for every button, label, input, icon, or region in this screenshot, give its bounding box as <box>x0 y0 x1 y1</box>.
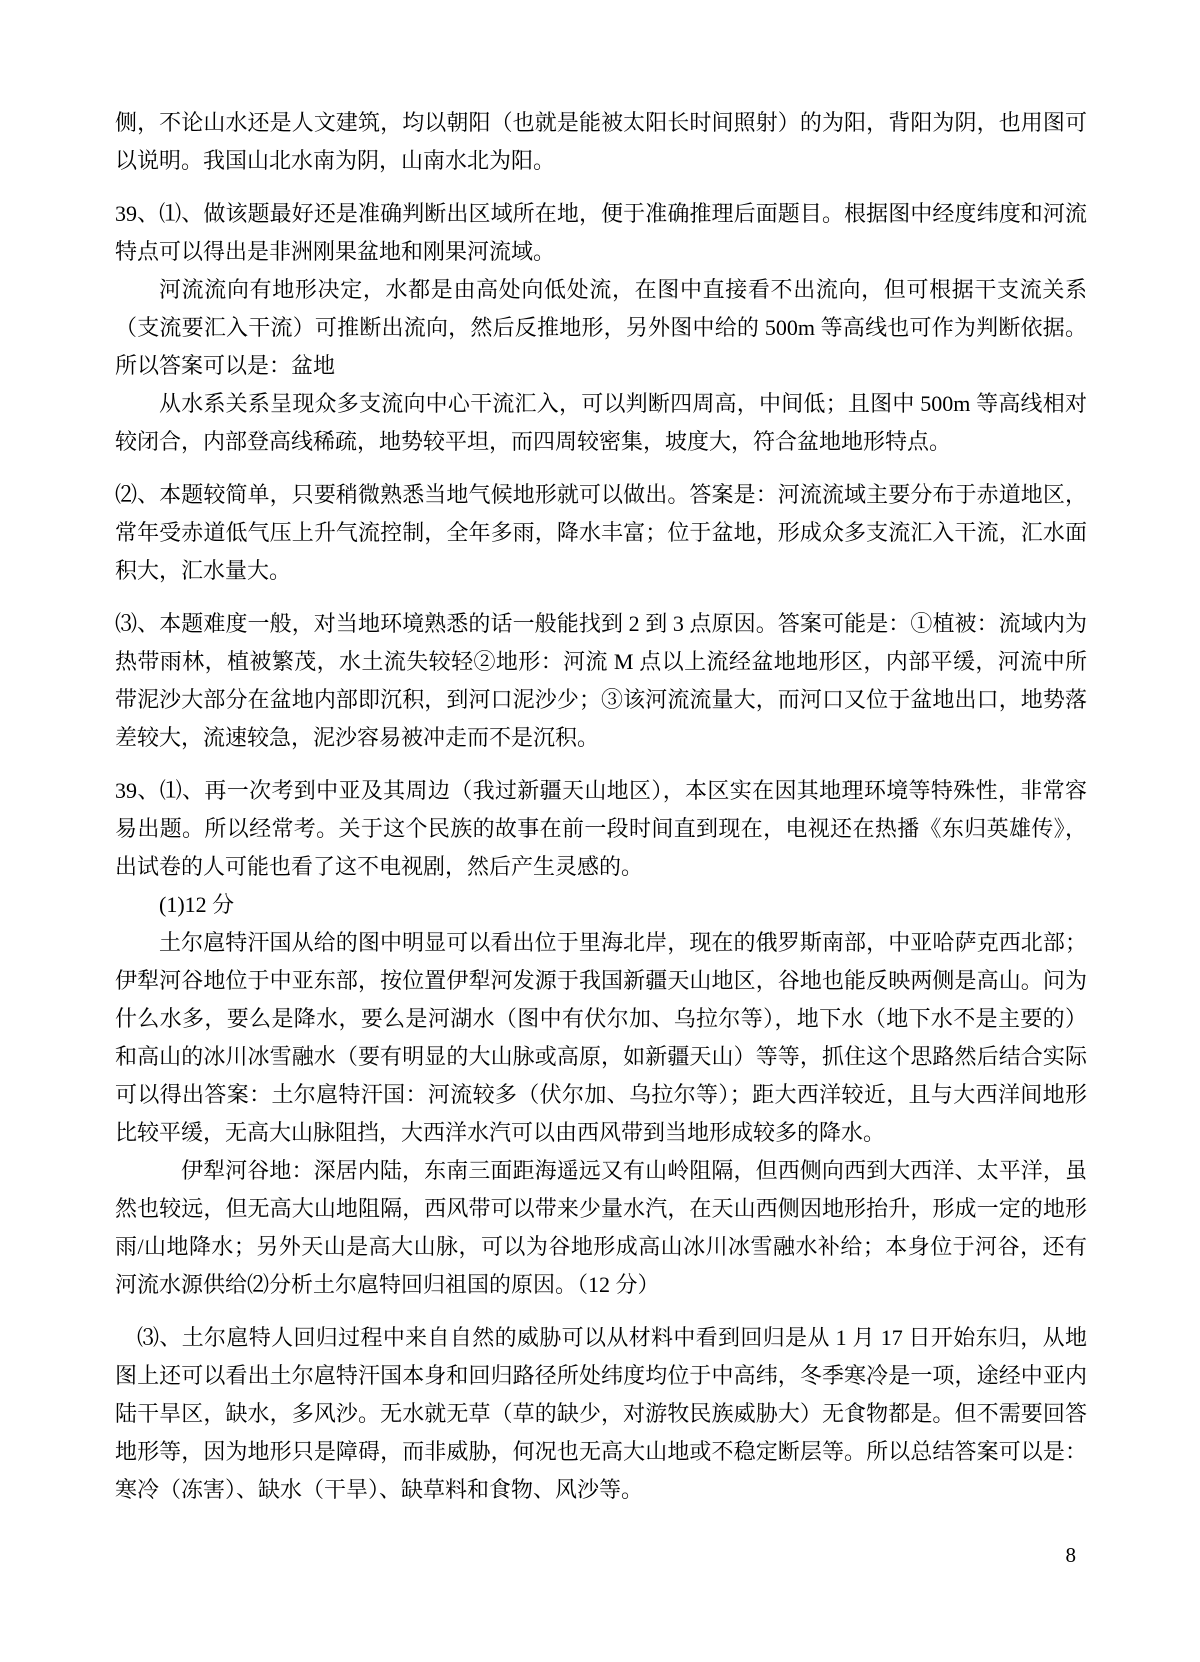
paragraph-q39b-part1-intro: 39、⑴、再一次考到中亚及其周边（我过新疆天山地区），本区实在因其地理环境等特殊… <box>115 772 1087 886</box>
document-page: 侧，不论山水还是人文建筑，均以朝阳（也就是能被太阳长时间照射）的为阳，背阳为阴，… <box>0 0 1200 1662</box>
paragraph-answer-continuation: 侧，不论山水还是人文建筑，均以朝阳（也就是能被太阳长时间照射）的为阳，背阳为阴，… <box>115 104 1087 180</box>
paragraph-q39b-ili-valley: 伊犁河谷地：深居内陆，东南三面距海遥远又有山岭阻隔，但西侧向西到大西洋、太平洋，… <box>115 1152 1087 1304</box>
paragraph-q39-part1-basin-evidence: 从水系关系呈现众多支流向中心干流汇入，可以判断四周高，中间低；且图中 500m … <box>115 385 1087 461</box>
paragraph-q39b-part3-answer: ⑶、土尔扈特人回归过程中来自自然的威胁可以从材料中看到回归是从 1 月 17 日… <box>115 1319 1087 1509</box>
paragraph-q39-part2-answer: ⑵、本题较简单，只要稍微熟悉当地气候地形就可以做出。答案是：河流流域主要分布于赤… <box>115 476 1087 590</box>
paragraph-q39-part1-intro: 39、⑴、做该题最好还是准确判断出区域所在地，便于准确推理后面题目。根据图中经度… <box>115 195 1087 271</box>
paragraph-q39b-part1-score: (1)12 分 <box>115 886 1087 924</box>
paragraph-q39-part3-answer: ⑶、本题难度一般，对当地环境熟悉的话一般能找到 2 到 3 点原因。答案可能是：… <box>115 605 1087 757</box>
paragraph-q39b-torghut-khanate: 土尔扈特汗国从给的图中明显可以看出位于里海北岸，现在的俄罗斯南部，中亚哈萨克西北… <box>115 924 1087 1152</box>
page-number: 8 <box>1066 1545 1077 1566</box>
document-body: 侧，不论山水还是人文建筑，均以朝阳（也就是能被太阳长时间照射）的为阳，背阳为阴，… <box>115 104 1087 1509</box>
paragraph-q39-part1-flow-direction: 河流流向有地形决定，水都是由高处向低处流，在图中直接看不出流向，但可根据干支流关… <box>115 271 1087 385</box>
